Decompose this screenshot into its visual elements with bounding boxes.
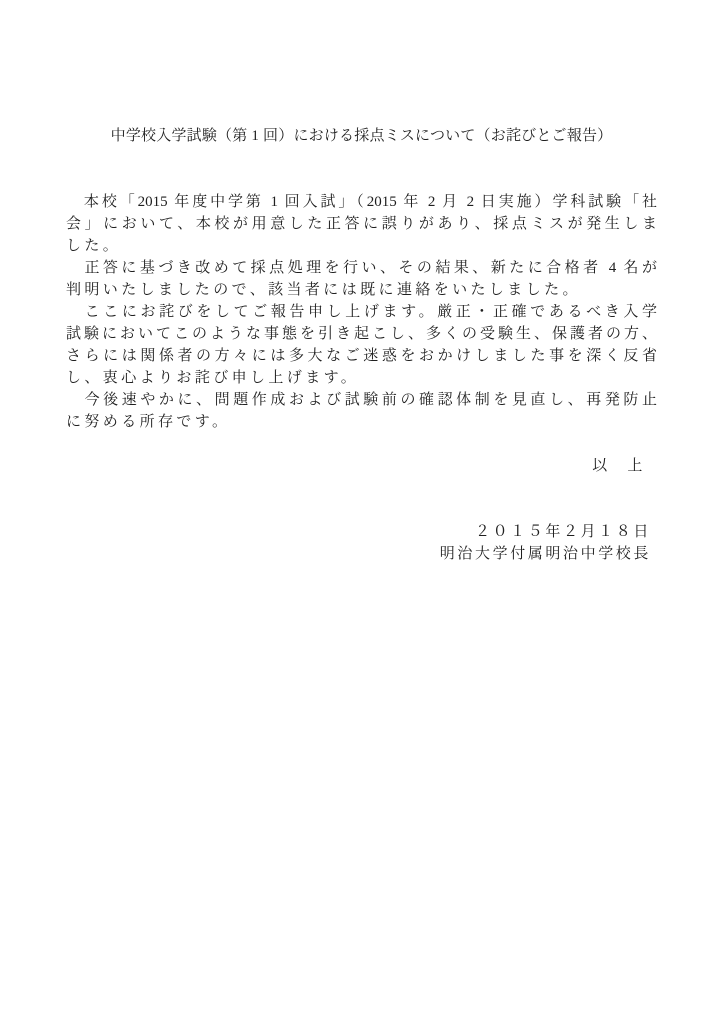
body-text-line: さらには関係者の方々には多大なご迷惑をおかけしました事を深く反省 — [66, 345, 657, 367]
body-text-line: 判明いたしましたので、該当者には既に連絡をいたしました。 — [66, 279, 657, 301]
document-content: 中学校入学試験（第 1 回）における採点ミスについて（お詫びとご報告） 本校「2… — [0, 0, 725, 565]
body-text-line: ここにお詫びをしてご報告申し上げます。厳正・正確であるべき入学 — [66, 301, 657, 323]
body-text-line: 正答に基づき改めて採点処理を行い、その結果、新たに合格者 4 名が — [66, 257, 657, 279]
body-text-line: に努める所存です。 — [66, 411, 657, 433]
document-body: 本校「2015 年度中学第 1 回入試」（2015 年 2 月 2 日実施）学科… — [66, 191, 657, 433]
body-text-line: した。 — [66, 235, 657, 257]
spacer-before-date — [66, 477, 657, 521]
body-text-line: し、衷心よりお詫び申し上げます。 — [66, 367, 657, 389]
body-text-line: 会」において、本校が用意した正答に誤りがあり、採点ミスが発生しま — [66, 213, 657, 235]
body-text-line: 試験においてこのような事態を引き起こし、多くの受験生、保護者の方、 — [66, 323, 657, 345]
date-line: ２０１５年２月１８日 — [66, 521, 657, 543]
document-page: 中学校入学試験（第 1 回）における採点ミスについて（お詫びとご報告） 本校「2… — [0, 0, 725, 1024]
signer-line: 明治大学付属明治中学校長 — [66, 543, 657, 565]
spacer-after-body — [66, 433, 657, 455]
body-text-line: 本校「2015 年度中学第 1 回入試」（2015 年 2 月 2 日実施）学科… — [66, 191, 657, 213]
document-title: 中学校入学試験（第 1 回）における採点ミスについて（お詫びとご報告） — [66, 125, 657, 147]
closing-ijou: 以 上 — [66, 455, 657, 477]
body-text-line: 今後速やかに、問題作成および試験前の確認体制を見直し、再発防止 — [66, 389, 657, 411]
